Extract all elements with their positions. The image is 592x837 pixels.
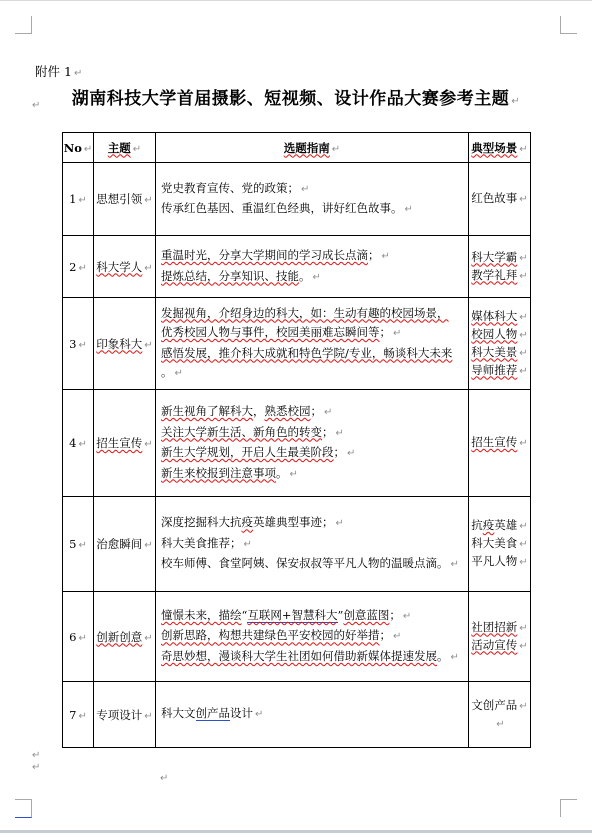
paragraph-mark: ↵ <box>451 559 459 570</box>
cell-theme: 专项设计↵ <box>94 682 156 748</box>
text-run: 设计 <box>230 706 253 720</box>
cell-scene: 媒体科大↵校园人物↵科大美景↵导师推荐↵ <box>469 298 531 390</box>
cell-guide: 科大文创产品设计↵ <box>156 682 469 748</box>
paragraph-mark: ↵ <box>382 251 390 262</box>
text-line: 创新思路，构想共建绿色平安校园的好举措；↵ <box>161 626 466 647</box>
text-run: 6 <box>69 630 76 644</box>
text-line: 新生大学规划，开启人生最美阶段；↵ <box>161 443 466 464</box>
text-line: 科大美食推荐；↵ <box>161 534 466 555</box>
cell-no: 1↵ <box>63 163 94 236</box>
underlined-text-run: 互联网+智慧科大 <box>247 608 337 623</box>
misspelled-text-run: 新生来校报到注意事项 <box>161 466 276 480</box>
text-line: 活动宣传↵ <box>469 637 530 655</box>
column-header: No↵ <box>63 133 94 163</box>
paragraph-mark: ↵ <box>519 330 527 341</box>
text-run: ； <box>389 608 401 622</box>
text-run: 专项设计 <box>96 708 142 722</box>
page-title-text: 湖南科技大学首届摄影、短视频、设计作品大赛参考主题 <box>72 89 510 109</box>
paragraph-mark: ↵ <box>78 439 86 450</box>
text-run: 传承红色基因、重温红色经典，讲好红色故事。 <box>161 201 403 215</box>
misspelled-text-run: 优秀校园人物与事件，校园美丽难忘瞬间等 <box>161 325 380 339</box>
cell-no: 6↵ <box>63 592 94 682</box>
text-run: No <box>64 141 82 155</box>
text-run: 抗 <box>471 518 483 532</box>
text-line: 科大文创产品设计↵ <box>161 704 466 725</box>
misspelled-text-run: 校园人物 <box>471 327 517 341</box>
text-run: 。 <box>161 365 173 379</box>
paragraph-mark: ↵ <box>393 631 401 642</box>
paragraph-mark: ↵ <box>78 195 86 206</box>
paragraph-mark: ↵ <box>78 633 86 644</box>
text-line: 科大美食↵ <box>469 535 530 553</box>
text-run: 科大美食 <box>471 536 517 550</box>
misspelled-text-run: 提炼总结，分享知识、技能 <box>161 269 299 283</box>
paragraph-mark: ↵ <box>32 100 40 111</box>
paragraph-mark: ↵ <box>519 623 527 634</box>
text-run: 科大文 <box>161 706 196 720</box>
text-line: 抗疫英雄↵ <box>469 517 530 535</box>
text-run: 4 <box>69 436 76 450</box>
text-run: ， <box>253 404 265 418</box>
misspelled-text-run: 导师推荐 <box>471 363 517 377</box>
text-run: 治愈瞬间 <box>96 537 142 551</box>
text-line: 新生视角了解科大，熟悉校园；↵ <box>161 402 466 423</box>
cell-guide: 党史教育宣传、党的政策；↵传承红色基因、重温红色经典，讲好红色故事。↵ <box>156 163 469 236</box>
text-run: 。 <box>276 466 288 480</box>
text-run: ； <box>380 628 392 642</box>
paragraph-mark: ↵ <box>133 144 141 155</box>
misspelled-text-run: 重温时光，分享大学期间的学习成长点滴 <box>161 248 368 262</box>
column-header: 选题指南↵ <box>156 133 469 163</box>
text-line: 招生宣传↵ <box>469 434 530 452</box>
text-run: 2 <box>69 260 76 274</box>
text-run: 文创产品 <box>471 698 517 712</box>
text-line: 平凡人物↵ <box>469 553 530 571</box>
cell-theme: 科大学人↵ <box>94 236 156 298</box>
misspelled-text-run: 科大美景 <box>471 345 517 359</box>
cell-no: 7↵ <box>63 682 94 748</box>
page-title: 湖南科技大学首届摄影、短视频、设计作品大赛参考主题↵ <box>0 84 592 109</box>
text-line: 重温时光，分享大学期间的学习成长点滴；↵ <box>161 246 466 267</box>
misspelled-text-run: 印象科大 <box>96 337 142 351</box>
paragraph-mark: ↵ <box>78 540 86 551</box>
misspelled-text-run: 活动宣传 <box>471 638 517 652</box>
cell-theme: 创新创意↵ <box>94 592 156 682</box>
document-page: 附件 1↵ 湖南科技大学首届摄影、短视频、设计作品大赛参考主题↵ ↵ No↵主题… <box>0 0 592 837</box>
misspelled-text-run: 奇思妙想，漫谈科大学生社团如何借助新媒体提速发展 <box>161 649 437 663</box>
misspelled-text-run: 创意蓝图 <box>343 608 389 622</box>
paragraph-mark: ↵ <box>324 407 332 418</box>
text-line: 奇思妙想，漫谈科大学生社团如何借助新媒体提速发展。↵ <box>161 647 466 668</box>
text-run: 。 <box>437 649 449 663</box>
text-run: 平凡人物 <box>471 554 517 568</box>
crop-mark-top-left-icon <box>15 16 32 34</box>
text-run: 7 <box>69 708 76 722</box>
text-run: ； <box>380 325 392 339</box>
paragraph-mark: ↵ <box>336 428 344 439</box>
misspelled-text-run: 新生大学规划，开启人生最美阶段 <box>161 445 334 459</box>
paragraph-mark: ↵ <box>405 204 413 215</box>
paragraph-mark: ↵ <box>519 539 527 550</box>
misspelled-text-run: 创新思路，构想共建绿色平安校园的好举措 <box>161 628 380 642</box>
table-header-row: No↵主题↵选题指南↵典型场景↵ <box>63 133 531 163</box>
cell-no: 4↵ <box>63 390 94 497</box>
paragraph-mark: ↵ <box>519 557 527 568</box>
table-row: 6↵创新创意↵憧憬未来，描绘“互联网+智慧科大”创意蓝图；↵创新思路，构想共建绿… <box>63 592 531 682</box>
misspelled-text-run: 选题指南 <box>284 141 330 155</box>
text-run: 科大美食推荐； <box>161 536 242 550</box>
paragraph-mark: ↵ <box>244 539 252 550</box>
cell-no: 5↵ <box>63 497 94 592</box>
cell-theme: 治愈瞬间↵ <box>94 497 156 592</box>
misspelled-text-run: 招生宣传 <box>96 436 142 450</box>
text-run: 5 <box>69 537 76 551</box>
paragraph-mark: ↵ <box>175 368 183 379</box>
paragraph-mark: ↵ <box>290 469 298 480</box>
cell-theme: 招生宣传↵ <box>94 390 156 497</box>
column-header: 典型场景↵ <box>469 133 531 163</box>
misspelled-text-run: 招生宣传 <box>471 435 517 449</box>
paragraph-mark: ↵ <box>347 448 355 459</box>
paragraph-mark: ↵ <box>519 312 527 323</box>
text-line: 科大学霸↵ <box>469 249 530 267</box>
crop-mark-bottom-left-icon <box>15 799 32 818</box>
text-line: 导师推荐↵ <box>469 362 530 380</box>
text-run: ； <box>368 248 380 262</box>
text-run: ； <box>322 425 334 439</box>
paragraph-mark: ↵ <box>519 701 527 712</box>
text-line: 红色故事↵ <box>469 190 530 208</box>
page-bottom-edge <box>0 830 592 833</box>
attachment-label-text: 附件 1 <box>35 64 72 79</box>
text-line: 深度挖掘科大抗疫英雄典型事迹；↵ <box>161 513 466 534</box>
column-header: 主题↵ <box>94 133 156 163</box>
paragraph-mark: ↵ <box>144 195 152 206</box>
cell-guide: 重温时光，分享大学期间的学习成长点滴；↵提炼总结，分享知识、技能。↵ <box>156 236 469 298</box>
paragraph-mark: ↵ <box>144 340 152 351</box>
text-run: ； <box>334 445 346 459</box>
misspelled-text-run: 教学礼拜 <box>471 268 517 282</box>
text-run: 1 <box>69 192 76 206</box>
paragraph-mark: ↵ <box>255 709 263 720</box>
paragraph-mark: ↵ <box>496 719 504 730</box>
paragraph-mark: ↵ <box>144 711 152 722</box>
text-line: 关注大学新生活、新角色的转变；↵ <box>161 423 466 444</box>
text-run: 深度挖掘科大抗 <box>161 515 242 529</box>
text-run: 。 <box>299 269 311 283</box>
paragraph-mark: ↵ <box>32 762 40 773</box>
misspelled-text-run: 熟悉校园 <box>265 404 311 418</box>
misspelled-text-run: 主题 <box>108 141 131 155</box>
paragraph-mark: ↵ <box>160 773 168 784</box>
misspelled-text-run: 关注大学新生活、新角色的转变 <box>161 425 322 439</box>
misspelled-text-run: 典型场景 <box>471 141 517 155</box>
text-line: ↵ <box>469 715 530 733</box>
table-row: 5↵治愈瞬间↵深度挖掘科大抗疫英雄典型事迹；↵科大美食推荐；↵校车师傅、食堂阿姨… <box>63 497 531 592</box>
misspelled-text-run: 憧憬未来，描绘 <box>161 608 242 622</box>
text-line: 发掘视角，介绍身边的科大，如：生动有趣的校园场景， <box>161 304 466 324</box>
paragraph-mark: ↵ <box>519 641 527 652</box>
text-run: 校车师傅、食堂阿姨、保安叔叔等平凡人物的温暖点滴。 <box>161 556 449 570</box>
table-row: 4↵招生宣传↵新生视角了解科大，熟悉校园；↵关注大学新生活、新角色的转变；↵新生… <box>63 390 531 497</box>
text-line: 教学礼拜↵ <box>469 267 530 285</box>
paragraph-mark: ↵ <box>519 438 527 449</box>
text-run: 思想引领 <box>96 192 142 206</box>
cell-scene: 招生宣传↵ <box>469 390 531 497</box>
paragraph-mark: ↵ <box>519 366 527 377</box>
cell-guide: 憧憬未来，描绘“互联网+智慧科大”创意蓝图；↵创新思路，构想共建绿色平安校园的好… <box>156 592 469 682</box>
misspelled-text-run: 发掘视角，介绍身边的科大，如：生动有趣的校园场景， <box>161 306 449 320</box>
paragraph-mark: ↵ <box>32 750 40 761</box>
underlined-text-run: 创产品 <box>196 706 231 721</box>
table-row: 7↵专项设计↵科大文创产品设计↵文创产品↵↵ <box>63 682 531 748</box>
paragraph-mark: ↵ <box>144 540 152 551</box>
cell-scene: 文创产品↵↵ <box>469 682 531 748</box>
text-line: 提炼总结，分享知识、技能。↵ <box>161 267 466 288</box>
paragraph-mark: ↵ <box>519 144 527 155</box>
paragraph-mark: ↵ <box>519 348 527 359</box>
page-top-edge <box>0 0 592 1</box>
paragraph-mark: ↵ <box>519 253 527 264</box>
paragraph-mark: ↵ <box>451 652 459 663</box>
paragraph-mark: ↵ <box>84 144 92 155</box>
table-row: 1↵思想引领↵党史教育宣传、党的政策；↵传承红色基因、重温红色经典，讲好红色故事… <box>63 163 531 236</box>
text-line: 社团招新↵ <box>469 619 530 637</box>
text-line: 文创产品↵ <box>469 697 530 715</box>
text-run: 党史教育宣传、党的政策； <box>161 181 299 195</box>
crop-mark-top-right-icon <box>560 16 577 34</box>
paragraph-mark: ↵ <box>519 194 527 205</box>
misspelled-text-run: 社团招新 <box>471 620 517 634</box>
attachment-label: 附件 1↵ <box>35 62 82 80</box>
cell-scene: 科大学霸↵教学礼拜↵ <box>469 236 531 298</box>
text-run: 英雄 <box>494 518 517 532</box>
misspelled-text-run: 科大学霸 <box>471 250 517 264</box>
paragraph-mark: ↵ <box>313 272 321 283</box>
cell-theme: 思想引领↵ <box>94 163 156 236</box>
misspelled-text-run: 新生视角了解科大 <box>161 404 253 418</box>
paragraph-mark: ↵ <box>511 96 520 107</box>
paragraph-mark: ↵ <box>78 263 86 274</box>
paragraph-mark: ↵ <box>519 521 527 532</box>
text-line: 优秀校园人物与事件，校园美丽难忘瞬间等；↵ <box>161 323 466 344</box>
crop-mark-bottom-right-icon <box>560 799 577 817</box>
paragraph-mark: ↵ <box>393 328 401 339</box>
text-line: 感悟发展，推介科大成就和特色学院/专业，畅谈科大未来 <box>161 344 466 364</box>
paragraph-mark: ↵ <box>74 68 82 79</box>
text-run: ； <box>311 404 323 418</box>
text-line: 。↵ <box>161 363 466 384</box>
text-run: 3 <box>69 337 76 351</box>
text-line: 新生来校报到注意事项。↵ <box>161 464 466 485</box>
misspelled-text-run: 科大学人 <box>96 260 142 274</box>
misspelled-text-run: 媒体科大 <box>471 309 517 323</box>
paragraph-mark: ↵ <box>144 439 152 450</box>
paragraph-mark: ↵ <box>519 271 527 282</box>
cell-scene: 红色故事↵ <box>469 163 531 236</box>
misspelled-text-run: 创新创意 <box>96 630 142 644</box>
misspelled-text-run: 疫 <box>483 518 495 532</box>
paragraph-mark: ↵ <box>403 611 411 622</box>
text-run: 红色故事 <box>471 191 517 205</box>
topics-table: No↵主题↵选题指南↵典型场景↵ 1↵思想引领↵党史教育宣传、党的政策；↵传承红… <box>62 132 531 748</box>
paragraph-mark: ↵ <box>336 518 344 529</box>
cell-no: 3↵ <box>63 298 94 390</box>
cell-scene: 抗疫英雄↵科大美食↵平凡人物↵ <box>469 497 531 592</box>
misspelled-text-run: 感悟发展，推介科大成就和特色学院/专业，畅谈科大未来 <box>161 346 452 360</box>
cell-guide: 新生视角了解科大，熟悉校园；↵关注大学新生活、新角色的转变；↵新生大学规划，开启… <box>156 390 469 497</box>
paragraph-mark: ↵ <box>332 144 340 155</box>
table-row: 2↵科大学人↵重温时光，分享大学期间的学习成长点滴；↵提炼总结，分享知识、技能。… <box>63 236 531 298</box>
misspelled-text-run: 疫 <box>242 515 254 529</box>
text-line: 媒体科大↵ <box>469 308 530 326</box>
paragraph-mark: ↵ <box>78 340 86 351</box>
text-line: 传承红色基因、重温红色经典，讲好红色故事。↵ <box>161 199 466 220</box>
text-line: 校车师傅、食堂阿姨、保安叔叔等平凡人物的温暖点滴。↵ <box>161 554 466 575</box>
cell-no: 2↵ <box>63 236 94 298</box>
paragraph-mark: ↵ <box>144 263 152 274</box>
table-row: 3↵印象科大↵发掘视角，介绍身边的科大，如：生动有趣的校园场景，优秀校园人物与事… <box>63 298 531 390</box>
text-line: 憧憬未来，描绘“互联网+智慧科大”创意蓝图；↵ <box>161 606 466 627</box>
text-line: 党史教育宣传、党的政策；↵ <box>161 179 466 200</box>
cell-scene: 社团招新↵活动宣传↵ <box>469 592 531 682</box>
text-line: 科大美景↵ <box>469 344 530 362</box>
text-run: 英雄典型事迹； <box>253 515 334 529</box>
paragraph-mark: ↵ <box>78 711 86 722</box>
paragraph-mark: ↵ <box>144 633 152 644</box>
text-line: 校园人物↵ <box>469 326 530 344</box>
cell-theme: 印象科大↵ <box>94 298 156 390</box>
cell-guide: 发掘视角，介绍身边的科大，如：生动有趣的校园场景，优秀校园人物与事件，校园美丽难… <box>156 298 469 390</box>
paragraph-mark: ↵ <box>301 184 309 195</box>
cell-guide: 深度挖掘科大抗疫英雄典型事迹；↵科大美食推荐；↵校车师傅、食堂阿姨、保安叔叔等平… <box>156 497 469 592</box>
